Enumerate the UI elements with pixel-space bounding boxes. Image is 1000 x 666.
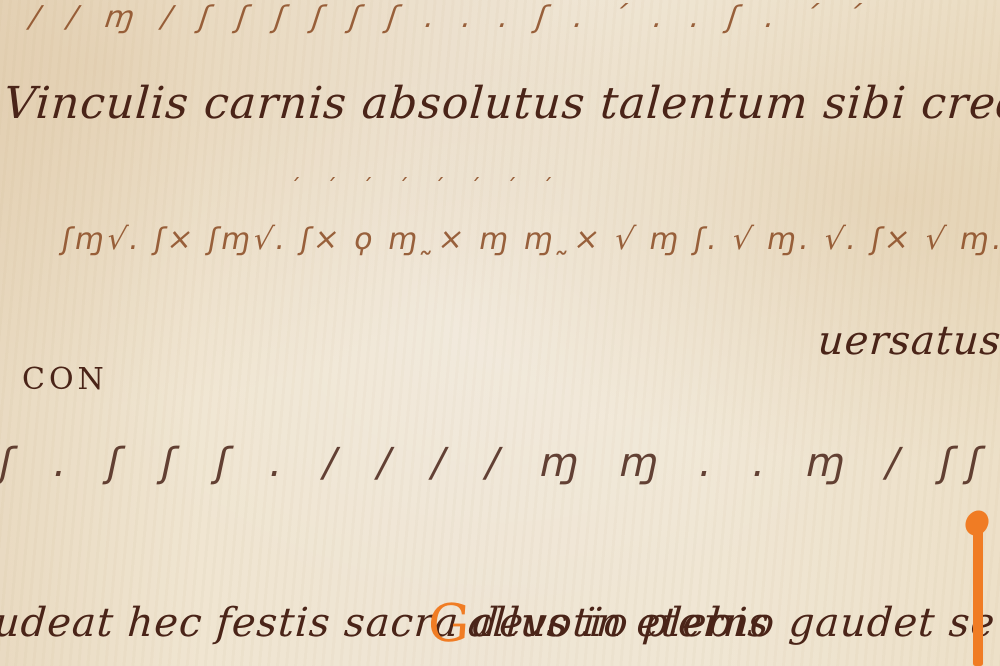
neumes-top-row: / / ɱ / ʃ ʃ ʃ ʃ ʃ ʃ . . . ʃ . ˊ . . ʃ . … xyxy=(24,0,875,35)
text-line-2-ending: uersatus est. xyxy=(816,318,1000,364)
text-line-1: Vinculis carnis absolutus talentum sibi … xyxy=(2,78,1000,129)
neumes-line-2: ʃɱ√. ʃ× ʃɱ√. ʃ× ϙ ɱ˷× ɱ ɱ˷× √ ɱ ʃ. √ ɱ. … xyxy=(59,222,1000,257)
rubric-initial-next-stroke xyxy=(973,516,983,666)
section-label-con: CON xyxy=(22,362,108,397)
neumes-line-3: ʃ . ʃ ʃ ʃ . / / / / ɱ ɱ . . ɱ / ʃʃ . ρ /… xyxy=(0,440,1000,486)
neumes-line-2-episema: ˊ ˊ ˊ ˊ ˊ ˊ ˊ ˊ xyxy=(290,176,562,201)
text-line-3-after: allus in eterno gaudet se uiuere regno xyxy=(466,600,1000,646)
